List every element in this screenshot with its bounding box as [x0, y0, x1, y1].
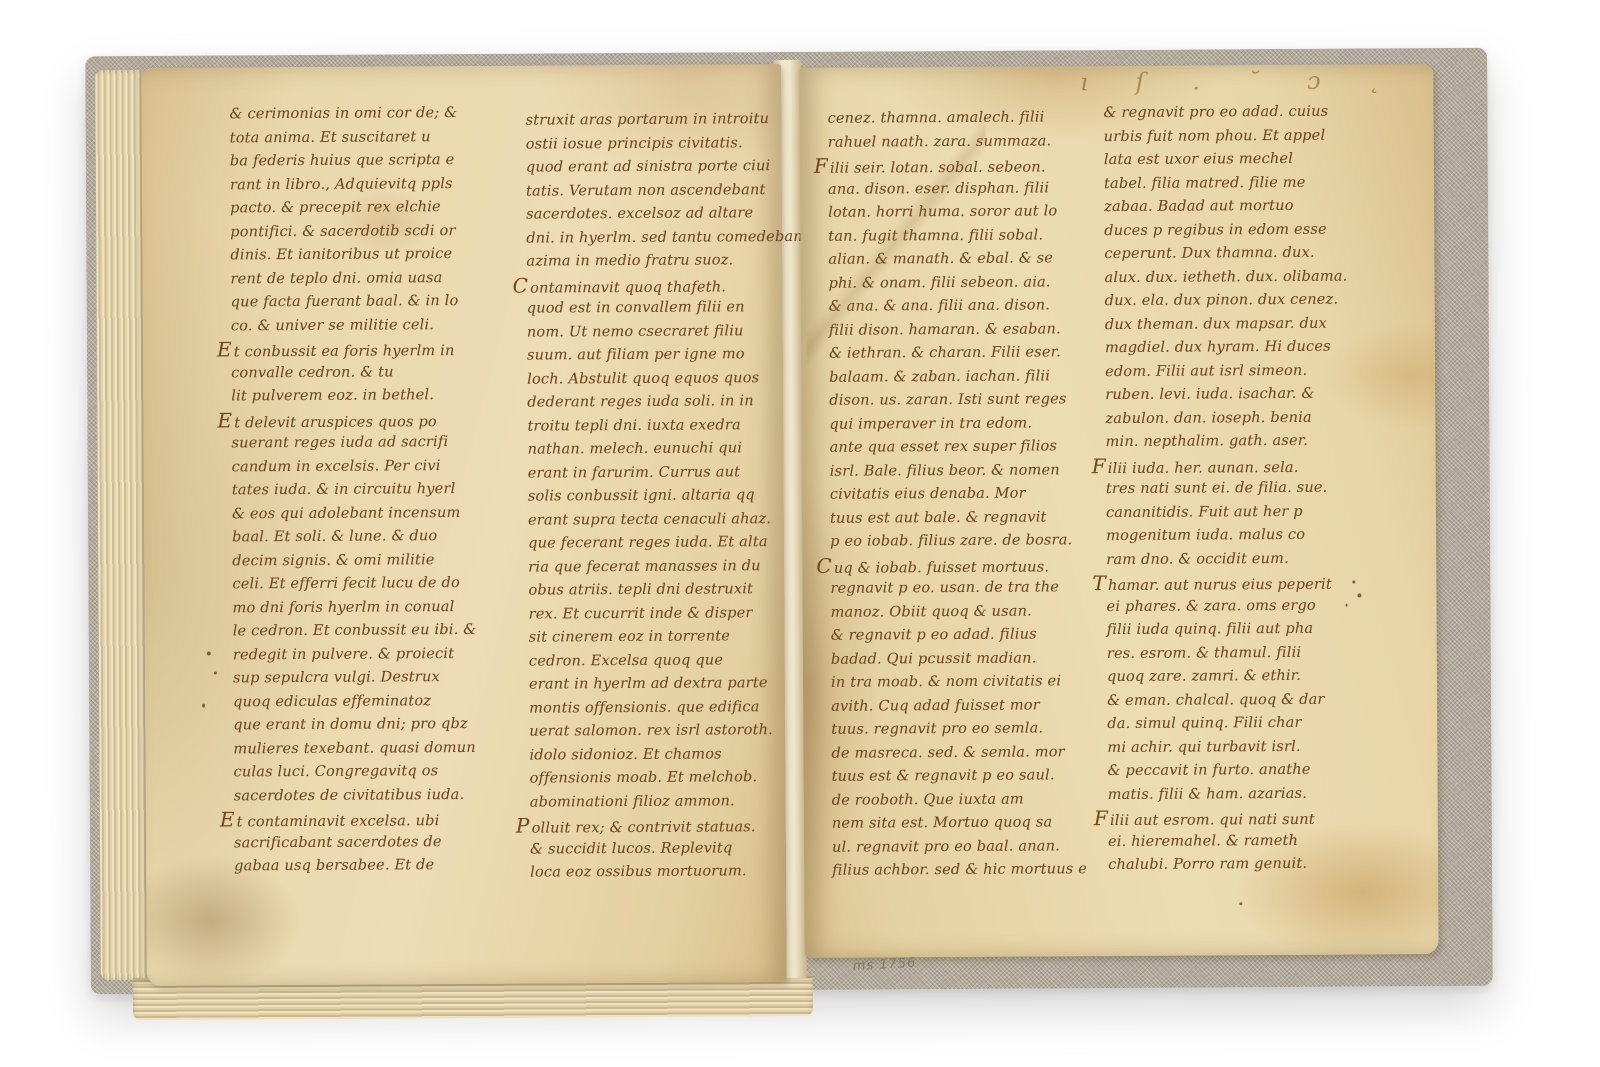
- text-line: & eos qui adolebant incensum: [232, 501, 504, 526]
- text-line: Cuq & iobab. fuisset mortuus.: [830, 553, 1086, 578]
- text-line: tabel. filia matred. filie me: [1104, 171, 1354, 196]
- text-line: suerant reges iuda ad sacrifi: [231, 431, 503, 456]
- initial-capital: P: [516, 814, 530, 838]
- text-line: ana. dison. eser. disphan. filii: [828, 177, 1084, 202]
- text-line: suum. aut filiam per igne mo: [527, 343, 783, 368]
- text-line: offensionis moab. Et melchob.: [530, 766, 786, 791]
- right-page-column-1: cenez. thamna. amalech. filiirahuel naat…: [827, 106, 1088, 883]
- text-line: cenez. thamna. amalech. filii: [827, 106, 1083, 131]
- text-line: duces p regibus in edom esse: [1104, 218, 1354, 243]
- text-line: filius achbor. sed & hic mortuus e: [832, 858, 1088, 883]
- text-line: lata est uxor eius mechel: [1104, 148, 1354, 173]
- text-line: res. esrom. & thamul. filii: [1107, 641, 1357, 666]
- text-line: min. nepthalim. gath. aser.: [1105, 430, 1355, 455]
- text-line: tatis. Verutam non ascendebant: [526, 179, 782, 204]
- photo-background: & cerimonias in omi cor de; &tota anima.…: [0, 0, 1600, 1067]
- initial-capital: T: [1092, 571, 1106, 595]
- text-line: & regnavit p eo adad. filius: [831, 623, 1087, 648]
- text-line: struxit aras portarum in introitu: [525, 108, 781, 133]
- text-line: ba federis huius que scripta e: [230, 149, 502, 174]
- text-line: loca eoz ossibus mortuorum.: [530, 860, 786, 885]
- initial-capital: F: [1092, 454, 1106, 478]
- text-line: le cedron. Et conbussit eu ibi. &: [233, 619, 505, 644]
- text-line: cedron. Excelsa quoq que: [529, 649, 785, 674]
- text-line: quoq ediculas effeminatoz: [233, 689, 505, 714]
- text-line: Filii iuda. her. aunan. sela.: [1106, 453, 1356, 478]
- text-line: abominationi filioz ammon.: [530, 790, 786, 815]
- text-line: ria que fecerat manasses in du: [528, 555, 784, 580]
- text-line: balaam. & zaban. iachan. filii: [829, 365, 1085, 390]
- text-line: co. & univer se militie celi.: [231, 313, 503, 338]
- text-line: avith. Cuq adad fuisset mor: [831, 694, 1087, 719]
- text-line: mo dni foris hyerlm in conual: [232, 595, 504, 620]
- text-line: que facta fuerant baal. & in lo: [231, 290, 503, 315]
- text-line: mogenitum iuda. malus co: [1106, 524, 1356, 549]
- text-line: ante qua esset rex super filios: [829, 435, 1085, 460]
- text-line: rent de teplo dni. omia uasa: [230, 266, 502, 291]
- text-line: & ana. & ana. filii ana. dison.: [829, 294, 1085, 319]
- text-line: zabaa. Badad aut mortuo: [1104, 195, 1354, 220]
- left-page: & cerimonias in omi cor de; &tota anima.…: [141, 64, 787, 986]
- initial-capital: E: [217, 337, 232, 361]
- text-line: civitatis eius denaba. Mor: [830, 482, 1086, 507]
- text-line: Et conbussit ea foris hyerlm in: [231, 337, 503, 362]
- text-line: de masreca. sed. & semla. mor: [831, 741, 1087, 766]
- text-line: tuus est & regnavit p eo saul.: [831, 764, 1087, 789]
- text-line: dux theman. dux mapsar. dux: [1105, 312, 1355, 337]
- text-line: candum in excelsis. Per civi: [232, 454, 504, 479]
- text-line: redegit in pulvere. & proiecit: [233, 642, 505, 667]
- text-line: erant in hyerlm ad dextra parte: [529, 672, 785, 697]
- text-line: & succidit lucos. Replevitq: [530, 837, 786, 862]
- text-line: da. simul quinq. Filii char: [1107, 712, 1357, 737]
- text-line: loch. Abstulit quoq equos quos: [527, 367, 783, 392]
- text-line: tuus. regnavit pro eo semla.: [831, 717, 1087, 742]
- ink-speck: [1357, 594, 1361, 598]
- text-line: edom. Filii aut isrl simeon.: [1105, 359, 1355, 384]
- text-line: que erant in domu dni; pro qbz: [233, 713, 505, 738]
- text-line: de rooboth. Que iuxta am: [832, 788, 1088, 813]
- text-line: manoz. Obiit quoq & usan.: [830, 600, 1086, 625]
- shelfmark-annotation: ms 1756: [852, 956, 916, 975]
- text-line: baal. Et soli. & lune. & duo: [232, 525, 504, 550]
- text-line: & cerimonias in omi cor de; &: [229, 102, 501, 127]
- pen-trials-marks: ı ſ . ˘ ɔ ˛: [1080, 66, 1430, 118]
- text-line: troitu tepli dni. iuxta exedra: [527, 414, 783, 439]
- text-line: & peccavit in furto. anathe: [1107, 759, 1357, 784]
- text-line: zabulon. dan. ioseph. benia: [1105, 406, 1355, 431]
- text-line: sup sepulcra vulgi. Destrux: [233, 666, 505, 691]
- text-line: mulieres texebant. quasi domun: [233, 736, 505, 761]
- text-line: rant in libro., Adquievitq ppls: [230, 172, 502, 197]
- ink-speck: [207, 652, 211, 656]
- text-line: alian. & manath. & ebal. & se: [828, 247, 1084, 272]
- text-line: gabaa usq bersabee. Et de: [234, 854, 506, 879]
- text-line: matis. filii & ham. azarias.: [1108, 782, 1358, 807]
- text-line: filii dison. hamaran. & esaban.: [829, 318, 1085, 343]
- text-line: sacrificabant sacerdotes de: [234, 830, 506, 855]
- text-line: lit pulverem eoz. in bethel.: [231, 384, 503, 409]
- left-page-column-2: struxit aras portarum in introituostii i…: [525, 108, 786, 885]
- text-line: ruben. levi. iuda. isachar. &: [1105, 383, 1355, 408]
- text-line: magdiel. dux hyram. Hi duces: [1105, 336, 1355, 361]
- text-line: que fecerant reges iuda. Et alta: [528, 531, 784, 556]
- text-line: in tra moab. & nom civitatis ei: [831, 670, 1087, 695]
- text-line: filii iuda quinq. filii aut pha: [1107, 618, 1357, 643]
- right-page: cenez. thamna. amalech. filiirahuel naat…: [799, 64, 1438, 958]
- text-line: p eo iobab. filius zare. de bosra.: [830, 529, 1086, 554]
- text-line: phi. & onam. filii sebeon. aia.: [828, 271, 1084, 296]
- text-line: Et delevit aruspices quos po: [231, 407, 503, 432]
- text-line: badad. Qui pcussit madian.: [831, 647, 1087, 672]
- text-line: & eman. chalcal. quoq & dar: [1107, 688, 1357, 713]
- text-line: regnavit p eo. usan. de tra the: [830, 576, 1086, 601]
- text-line: Thamar. aut nurus eius peperit: [1106, 571, 1356, 596]
- text-line: pacto. & precepit rex elchie: [230, 196, 502, 221]
- text-line: urbis fuit nom phou. Et appel: [1104, 124, 1354, 149]
- text-line: solis conbussit igni. altaria qq: [528, 484, 784, 509]
- ink-speck: [202, 704, 205, 708]
- text-line: ei phares. & zara. oms ergo: [1106, 594, 1356, 619]
- text-line: ceperunt. Dux thamna. dux.: [1104, 242, 1354, 267]
- text-line: Et contaminavit excelsa. ubi: [234, 807, 506, 832]
- text-line: celi. Et efferri fecit lucu de do: [232, 572, 504, 597]
- initial-capital: E: [220, 807, 235, 831]
- text-line: idolo sidonioz. Et chamos: [529, 743, 785, 768]
- ink-speck: [1239, 902, 1242, 905]
- text-line: dederant reges iuda soli. in in: [527, 390, 783, 415]
- text-line: alux. dux. ietheth. dux. olibama.: [1104, 265, 1354, 290]
- left-page-column-1: & cerimonias in omi cor de; &tota anima.…: [229, 102, 506, 879]
- text-line: nem sita est. Mortuo quoq sa: [832, 811, 1088, 836]
- text-line: culas luci. Congregavitq os: [233, 760, 505, 785]
- initial-capital: C: [512, 273, 528, 297]
- text-line: Contaminavit quoq thafeth.: [526, 273, 782, 298]
- ink-speck: [1346, 604, 1348, 607]
- text-line: dison. us. zaran. Isti sunt reges: [829, 388, 1085, 413]
- text-line: quoq zare. zamri. & ethir.: [1107, 665, 1357, 690]
- text-line: mi achir. qui turbavit isrl.: [1107, 735, 1357, 760]
- text-line: tres nati sunt ei. de filia. sue.: [1106, 477, 1356, 502]
- text-line: & iethran. & charan. Filii eser.: [829, 341, 1085, 366]
- text-line: uerat salomon. rex isrl astoroth.: [529, 719, 785, 744]
- text-line: nathan. melech. eunuchi qui: [527, 437, 783, 462]
- text-line: quod est in convallem filii en: [527, 296, 783, 321]
- text-line: sacerdotes. excelsoz ad altare: [526, 202, 782, 227]
- text-line: rex. Et cucurrit inde & disper: [528, 602, 784, 627]
- initial-capital: F: [1094, 806, 1108, 830]
- text-line: tan. fugit thamna. filii sobal.: [828, 224, 1084, 249]
- text-line: dni. in hyerlm. sed tantu comedebant: [526, 226, 782, 251]
- right-page-column-2: & regnavit pro eo adad. cuiusurbis fuit …: [1103, 101, 1358, 878]
- text-line: tates iuda. & in circuitu hyerl: [232, 478, 504, 503]
- text-line: Filii seir. lotan. sobal. sebeon.: [828, 153, 1084, 178]
- text-line: qui imperaver in tra edom.: [829, 412, 1085, 437]
- ink-speck: [1352, 581, 1355, 584]
- text-line: isrl. Bale. filius beor. & nomen: [830, 459, 1086, 484]
- text-line: sacerdotes de civitatibus iuda.: [234, 783, 506, 808]
- text-line: erant supra tecta cenaculi ahaz.: [528, 508, 784, 533]
- text-line: sit cinerem eoz in torrente: [529, 625, 785, 650]
- initial-capital: F: [814, 154, 828, 178]
- text-line: obus atriis. tepli dni destruxit: [528, 578, 784, 603]
- initial-capital: E: [217, 408, 232, 432]
- manuscript-book: & cerimonias in omi cor de; &tota anima.…: [85, 48, 1493, 995]
- text-line: ei. hieremahel. & rameth: [1108, 829, 1358, 854]
- text-line: cananitidis. Fuit aut her p: [1106, 500, 1356, 525]
- text-line: chalubi. Porro ram genuit.: [1108, 853, 1358, 878]
- text-line: convalle cedron. & tu: [231, 360, 503, 385]
- text-line: dinis. Et ianitoribus ut proice: [230, 243, 502, 268]
- text-line: nom. Ut nemo csecraret filiu: [527, 320, 783, 345]
- text-line: ram dno. & occidit eum.: [1106, 547, 1356, 572]
- text-line: rahuel naath. zara. summaza.: [828, 130, 1084, 155]
- text-line: ul. regnavit pro eo baal. anan.: [832, 835, 1088, 860]
- text-line: decim signis. & omi militie: [232, 548, 504, 573]
- text-line: pontifici. & sacerdotib scdi or: [230, 219, 502, 244]
- text-line: ostii iosue principis civitatis.: [526, 132, 782, 157]
- text-line: tuus est aut bale. & regnavit: [830, 506, 1086, 531]
- text-line: tota anima. Et suscitaret u: [230, 125, 502, 150]
- ink-speck: [214, 671, 217, 674]
- text-line: azima in medio fratru suoz.: [526, 249, 782, 274]
- text-line: dux. ela. dux pinon. dux cenez.: [1105, 289, 1355, 314]
- initial-capital: C: [816, 553, 832, 577]
- text-line: Filii aut esrom. qui nati sunt: [1108, 806, 1358, 831]
- text-line: erant in farurim. Currus aut: [528, 461, 784, 486]
- text-line: montis offensionis. que edifica: [529, 696, 785, 721]
- text-line: Polluit rex; & contrivit statuas.: [530, 813, 786, 838]
- text-line: lotan. horri huma. soror aut lo: [828, 200, 1084, 225]
- text-line: quod erant ad sinistra porte ciui: [526, 155, 782, 180]
- page-edges-left: [95, 70, 149, 980]
